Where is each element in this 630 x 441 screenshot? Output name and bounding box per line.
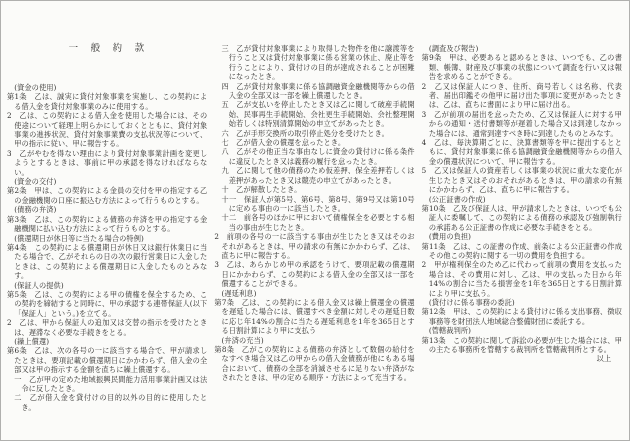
article-paragraph: 第10条 乙及び保証人は、甲が請求したときは、いつでも公証人に委嘱して、この契約… bbox=[422, 204, 622, 232]
article-paragraph: 第12条 甲は、この契約による貸付けに係る支出事務、徴収事務等を財団法人地域総合… bbox=[422, 307, 622, 326]
list-item: 二 乙が借入金を貸付けの目的以外の目的に使用したとき。 bbox=[7, 393, 207, 412]
article-paragraph: 第3条 乙は、この契約による債務の弁済を甲の指定する金融機関に払い込む方法によっ… bbox=[7, 215, 207, 234]
list-item: 十二 前各号のほかに甲において債権保全を必要とする相当の事由が生じたとき。 bbox=[214, 213, 414, 232]
article-paragraph: 第4条 この契約による償還期日が休日又は銀行休業日に当たる場合で、乙がそれらの日… bbox=[7, 243, 207, 281]
numbered-paragraph: 4 乙は、毎決算期ごとに、決算書類等を甲に提出するとともに、貸付対象事業に係る協… bbox=[422, 138, 622, 166]
section-heading: (保証人の提供) bbox=[14, 281, 207, 290]
numbered-paragraph: 3 乙が前項の届出を怠ったため、乙又は保証人に対する甲からの通知・送付書類等が遅… bbox=[422, 110, 622, 138]
section-heading: (費用の負担) bbox=[429, 232, 622, 241]
numbered-paragraph: 2 前項の各号の一に該当する事由が生じたとき又はそのおそれがあるときは、甲の請求… bbox=[214, 232, 414, 260]
closing-text: 以上 bbox=[422, 354, 622, 363]
list-item: 十 乙が解散したとき。 bbox=[214, 185, 414, 194]
section-heading: (償還期日が休日等に当たる場合の特例) bbox=[14, 234, 207, 243]
list-item: 七 乙が借入金の償還を怠ったとき。 bbox=[214, 138, 414, 147]
list-item: 十一 保証人が第5号、第6号、第8号、第9号又は第10号に定める事由の一に該当し… bbox=[214, 195, 414, 214]
list-item: 一 乙が甲の定めた地域振興民間能力活用事業計画又は法令に反したとき。 bbox=[7, 375, 207, 394]
section-heading: (調査及び報告) bbox=[429, 44, 622, 53]
section-heading: (繰上償還) bbox=[14, 337, 207, 346]
article-paragraph: 第11条 乙は、この証書の作成、前条による公正証書の作成その他この契約に関する一… bbox=[422, 242, 622, 261]
numbered-paragraph: 2 乙又は保証人につき、住所、商号若しくは名称、代表者、届出印鑑その他甲に届け出… bbox=[422, 82, 622, 110]
article-paragraph: 第13条 この契約に関して訴訟の必要が生じた場合には、甲の主たる事務所を管轄する… bbox=[422, 336, 622, 355]
numbered-paragraph: 3 乙がやむを得ない理由により貸付対象事業計画を変更しようとするときは、事前に甲… bbox=[7, 149, 207, 177]
section-heading: (弁済の充当) bbox=[222, 336, 415, 345]
numbered-paragraph: 5 乙又は保証人の資産若しくは事業の状況に重大な変化が生じたとき又はそのおそれが… bbox=[422, 166, 622, 194]
contract-document-page: 一 般 約 款 (資金の使用)第1条 乙は、誠実に貸付対象事業を実施し、この契約… bbox=[0, 0, 630, 441]
numbered-paragraph: 2 甲が権利保全のため乙に代わって前項の費用を支払った場合は、その費用に対し、乙… bbox=[422, 260, 622, 298]
article-paragraph: 第6条 乙は、次の各号の一に該当する場合で、甲が請求したときは、要項記載の償還期… bbox=[7, 346, 207, 374]
column-2: 三 乙が貸付対象事業により取得した物件を他に譲渡等を行うこと又は貸付対象事業に係… bbox=[214, 1, 414, 440]
numbered-paragraph: 3 乙は、あらかじめ甲の承認をうけて、要項記載の償還期日にかかわらず、この契約に… bbox=[214, 260, 414, 288]
list-item: 六 乙が手形交換所の取引停止処分を受けたとき。 bbox=[214, 129, 414, 138]
section-heading: (資金の交付) bbox=[14, 177, 207, 186]
list-item: 九 乙に関して他の債務のため仮差押、保全差押若しくは差押があったとき又は競売の申… bbox=[214, 166, 414, 185]
article-paragraph: 第7条 乙は、この契約による借入金又は繰上償還金の償還を遅延した場合には、償還す… bbox=[214, 298, 414, 336]
article-paragraph: 第5条 乙は、この契約による甲の債権を保全するため、この契約を締結すると同時に、… bbox=[7, 290, 207, 318]
list-item: 四 乙が貸付対象事業に係る協調融資金融機関等からの借入金の全部又は一部を繰上償還… bbox=[214, 82, 414, 101]
section-heading: (資金の使用) bbox=[14, 83, 207, 92]
article-paragraph: 第1条 乙は、誠実に貸付対象事業を実施し、この契約による借入金を貸付対象事業のみ… bbox=[7, 92, 207, 111]
list-item: 三 乙が貸付対象事業により取得した物件を他に譲渡等を行うこと又は貸付対象事業に係… bbox=[214, 44, 414, 82]
section-heading: (貸付けに係る事務の委託) bbox=[429, 298, 622, 307]
column-3: (調査及び報告)第9条 甲は、必要あると認めるときは、いつでも、乙の書類、帳簿、… bbox=[422, 1, 622, 440]
numbered-paragraph: 2 乙は、この契約による借入金を使用した場合には、その使途について経理上明らかに… bbox=[7, 111, 207, 149]
page-title: 一 般 約 款 bbox=[7, 1, 207, 55]
article-paragraph: 第9条 甲は、必要あると認めるときは、いつでも、乙の書類、帳簿、財産及び事業の状… bbox=[422, 53, 622, 81]
section-heading: (債務の弁済) bbox=[14, 205, 207, 214]
section-heading: (管轄裁判所) bbox=[429, 326, 622, 335]
article-paragraph: 第2条 甲は、この契約による金員の交付を甲の指定する乙の金融機関の口座に振込む方… bbox=[7, 186, 207, 205]
article-paragraph: 第8条 乙がこの契約による債務の弁済として数個の給付をなすべき場合又は乙の甲から… bbox=[214, 345, 414, 383]
list-item: 八 乙がその他正当な事由なしに資金の貸付けに係る条件に違反したとき又は義務の履行… bbox=[214, 147, 414, 166]
list-item: 五 乙が支払いを停止したとき又は乙に関して破産手続開始、民事再生手続開始、会社更… bbox=[214, 100, 414, 128]
section-heading: (公正証書の作成) bbox=[429, 195, 622, 204]
section-heading: (遅延利息) bbox=[222, 289, 415, 298]
column-1: 一 般 約 款 (資金の使用)第1条 乙は、誠実に貸付対象事業を実施し、この契約… bbox=[7, 1, 207, 440]
numbered-paragraph: 2 乙は、甲から保証人の追加又は交替の指示を受けたときは、遅滞なく必要な手続きを… bbox=[7, 318, 207, 337]
